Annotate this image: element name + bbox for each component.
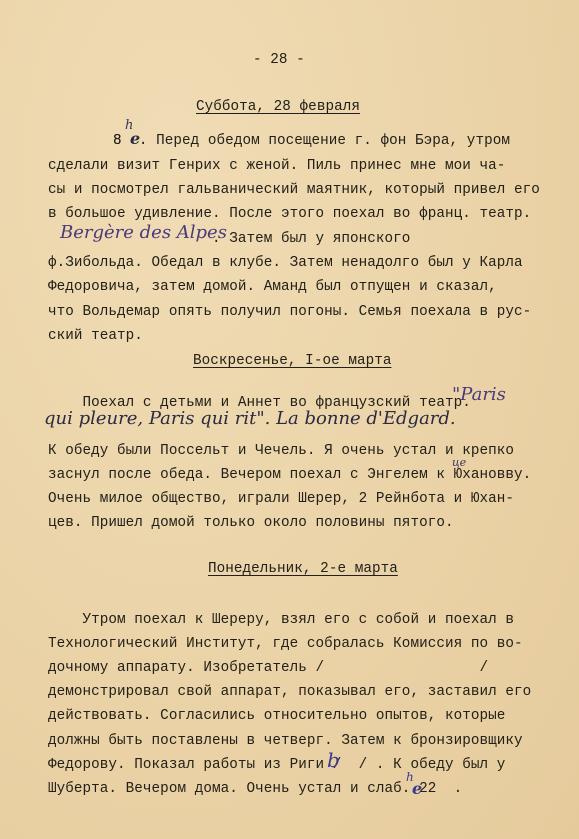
text-line: демонстрировал свой аппарат, показывал е… xyxy=(48,684,531,700)
text-line: что Вольдемар опять получил погоны. Семь… xyxy=(48,304,531,320)
text-line: заснул после обеда. Вечером поехал с Энг… xyxy=(48,467,531,483)
text-line: должны быть поставлены в четверг. Затем … xyxy=(48,733,523,749)
text-line: сы и посмотрел гальванический маятник, к… xyxy=(48,182,540,198)
handwritten-insert: qui pleure, Paris qui rit". La bonne d'E… xyxy=(44,408,456,429)
handwritten-mark: e xyxy=(412,779,422,798)
text-line: в большое удивление. После этого поехал … xyxy=(48,206,531,222)
section-heading-saturday: Суббота, 28 февраля xyxy=(196,99,360,115)
text-line: Очень милое общество, играли Шерер, 2 Ре… xyxy=(48,491,514,507)
text-line: . Затем был у японского xyxy=(48,231,410,247)
page-number: - 28 - xyxy=(253,52,305,68)
text-line: действовать. Согласились относительно оп… xyxy=(48,708,505,724)
text-line: К обеду были Поссельт и Чечель. Я очень … xyxy=(48,443,514,459)
section-heading-monday: Понедельник, 2-е марта xyxy=(208,561,398,577)
text-line: ф.Зибольда. Обедал в клубе. Затем ненадо… xyxy=(48,255,523,271)
text-line: Утром поехал к Шереру, взял его с собой … xyxy=(48,612,514,628)
section-heading-sunday: Воскресенье, I-ое марта xyxy=(193,353,391,369)
handwritten-insert: b xyxy=(327,748,340,772)
document-page: - 28 - Суббота, 28 февраля 8 h e 8 . Пер… xyxy=(0,0,579,839)
text-line: дочному аппарату. Изобретатель / / xyxy=(48,660,488,676)
text-line: сделали визит Генрих с женой. Пиль прине… xyxy=(48,158,505,174)
handwritten-insert: "Paris xyxy=(452,384,506,405)
text-line: ский театр. xyxy=(48,328,143,344)
text-line: 8 . Перед обедом посещение г. фон Бэра, … xyxy=(113,133,510,149)
text-line: Федорову. Показал работы из Риги / / . К… xyxy=(48,757,505,773)
text-line: цев. Пришел домой только около половины … xyxy=(48,515,454,531)
text-line: Федоровича, затем домой. Аманд был отпущ… xyxy=(48,279,497,295)
text-line: Шуберта. Вечером дома. Очень устал и сла… xyxy=(48,781,462,797)
text-line: Технологический Институт, где собралась … xyxy=(48,636,523,652)
